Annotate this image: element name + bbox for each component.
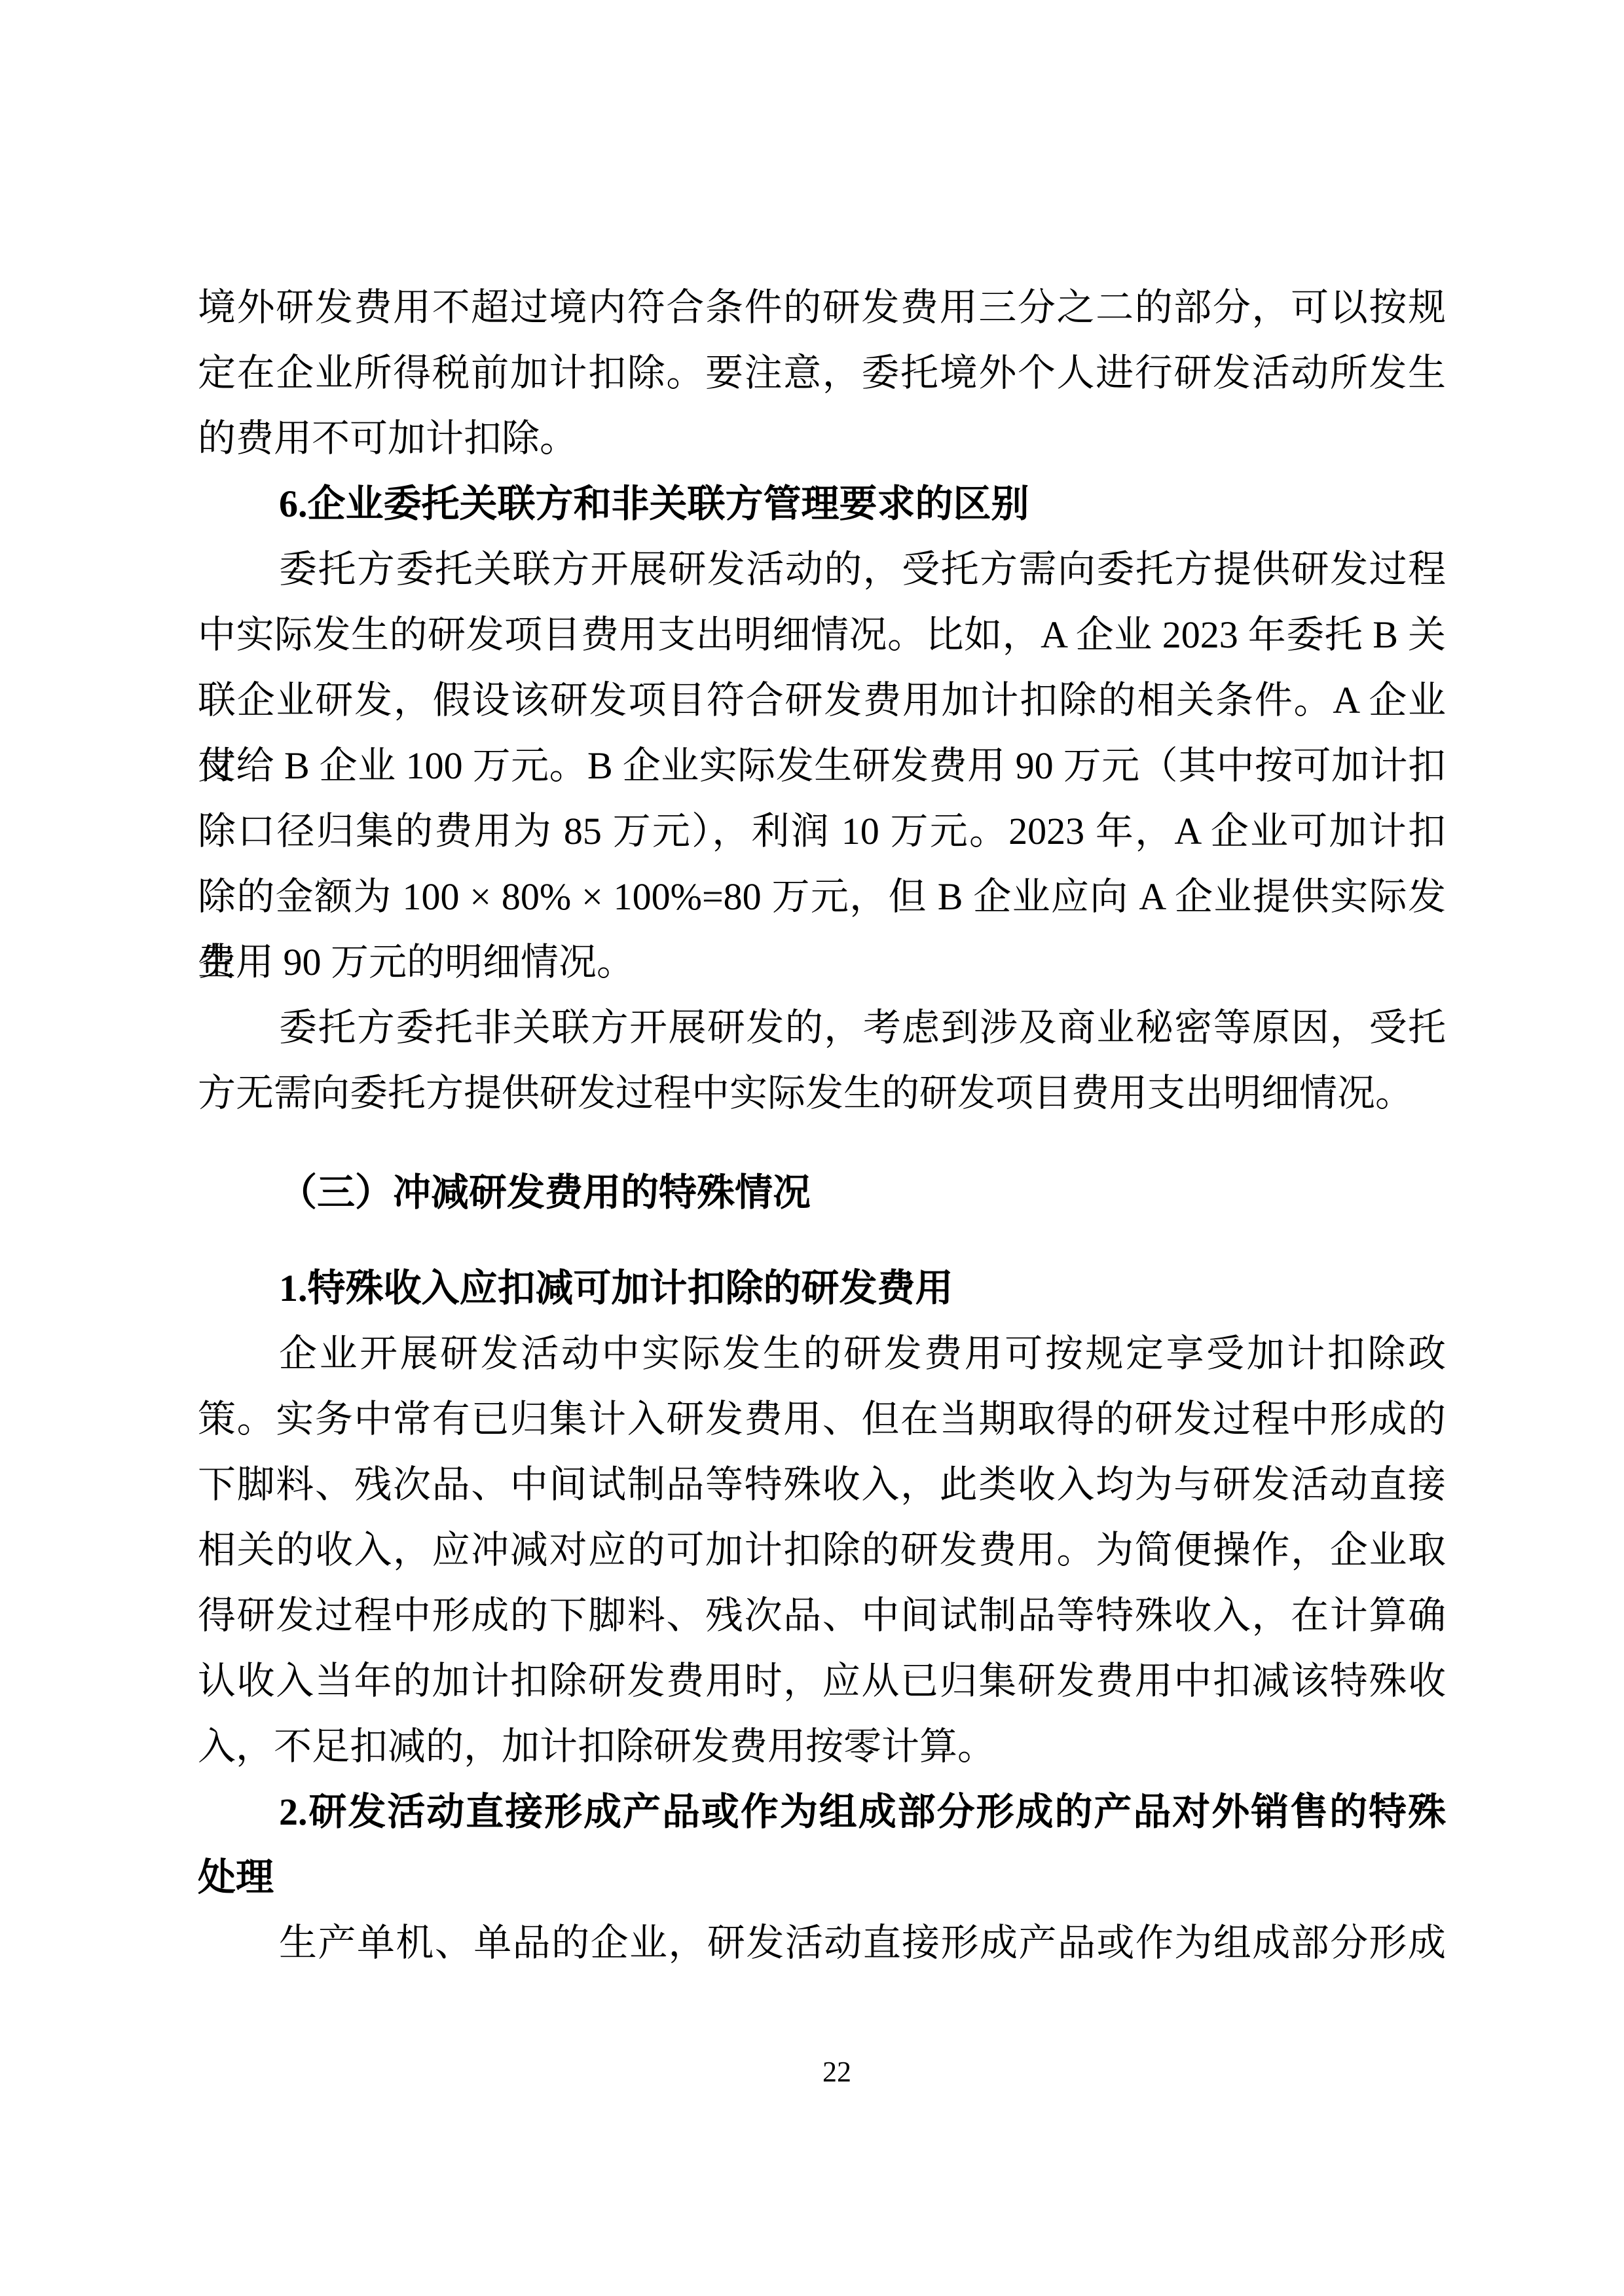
text-line: 定在企业所得税前加计扣除。要注意，委托境外个人进行研发活动所发生 — [198, 340, 1446, 406]
text-line: 方无需向委托方提供研发过程中实际发生的研发项目费用支出明细情况。 — [198, 1061, 1446, 1126]
text-line: 下脚料、残次品、中间试制品等特殊收入，此类收入均为与研发活动直接 — [198, 1452, 1446, 1518]
text-line: 除口径归集的费用为 85 万元），利润 10 万元。2023 年，A 企业可加计… — [198, 799, 1446, 864]
text-line: 相关的收入，应冲减对应的可加计扣除的研发费用。为简便操作，企业取 — [198, 1518, 1446, 1583]
subsection-heading: 2.研发活动直接形成产品或作为组成部分形成的产品对外销售的特殊 — [198, 1779, 1446, 1845]
text-line: 付给 B 企业 100 万元。B 企业实际发生研发费用 90 万元（其中按可加计… — [198, 733, 1446, 799]
text-line: 境外研发费用不超过境内符合条件的研发费用三分之二的部分，可以按规 — [198, 275, 1446, 340]
document-page: 境外研发费用不超过境内符合条件的研发费用三分之二的部分，可以按规 定在企业所得税… — [0, 0, 1624, 2296]
text-line: 入，不足扣减的，加计扣除研发费用按零计算。 — [198, 1714, 1446, 1779]
subsection-heading-continuation: 处理 — [198, 1845, 1446, 1910]
text-line: 得研发过程中形成的下脚料、残次品、中间试制品等特殊收入，在计算确 — [198, 1583, 1446, 1649]
text-line: 策。实务中常有已归集计入研发费用、但在当期取得的研发过程中形成的 — [198, 1387, 1446, 1452]
page-number: 22 — [822, 2058, 851, 2086]
text-line: 认收入当年的加计扣除研发费用时，应从已归集研发费用中扣减该特殊收 — [198, 1649, 1446, 1714]
text-line: 费用 90 万元的明细情况。 — [198, 930, 1446, 995]
section-heading: （三）冲减研发费用的特殊情况 — [198, 1160, 1446, 1226]
text-line: 企业开展研发活动中实际发生的研发费用可按规定享受加计扣除政 — [198, 1321, 1446, 1387]
text-line: 生产单机、单品的企业，研发活动直接形成产品或作为组成部分形成 — [198, 1910, 1446, 1976]
document-body: 境外研发费用不超过境内符合条件的研发费用三分之二的部分，可以按规 定在企业所得税… — [198, 275, 1446, 1976]
text-line: 除的金额为 100 × 80% × 100%=80 万元，但 B 企业应向 A … — [198, 864, 1446, 930]
text-line: 的费用不可加计扣除。 — [198, 406, 1446, 471]
text-line: 中实际发生的研发项目费用支出明细情况。比如，A 企业 2023 年委托 B 关 — [198, 602, 1446, 668]
text-line: 委托方委托关联方开展研发活动的，受托方需向委托方提供研发过程 — [198, 537, 1446, 602]
subsection-heading: 6.企业委托关联方和非关联方管理要求的区别 — [198, 471, 1446, 537]
text-line: 委托方委托非关联方开展研发的，考虑到涉及商业秘密等原因，受托 — [198, 995, 1446, 1061]
subsection-heading: 1.特殊收入应扣减可加计扣除的研发费用 — [198, 1256, 1446, 1321]
text-line: 联企业研发，假设该研发项目符合研发费用加计扣除的相关条件。A 企业支 — [198, 668, 1446, 733]
